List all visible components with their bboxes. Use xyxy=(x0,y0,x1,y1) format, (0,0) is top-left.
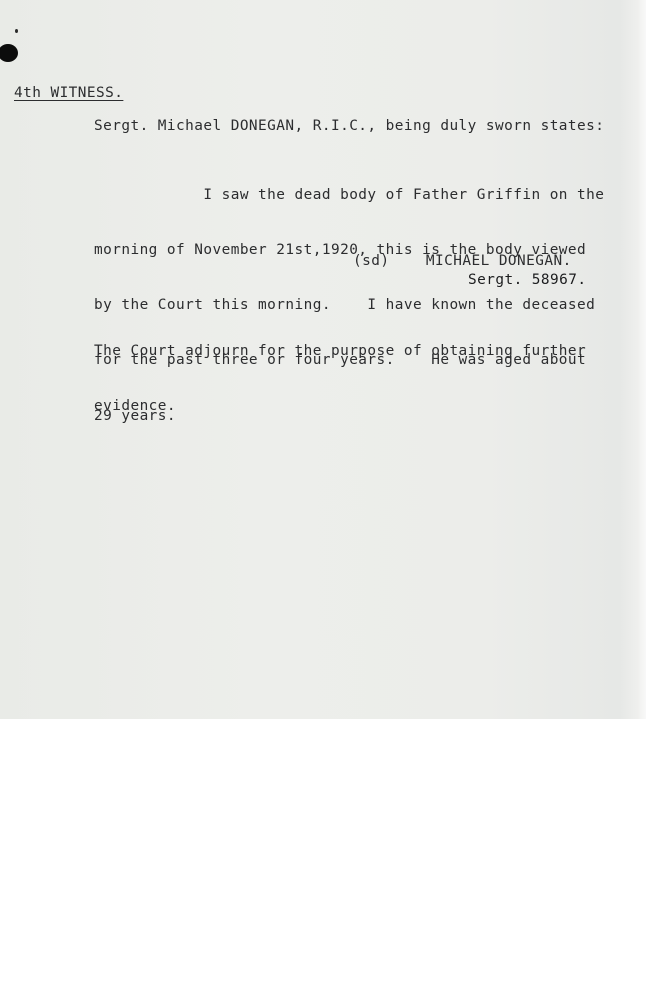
closing-line: evidence. xyxy=(94,397,586,415)
document-page: 4th WITNESS. Sergt. Michael DONEGAN, R.I… xyxy=(0,0,646,719)
witness-heading: 4th WITNESS. xyxy=(14,84,123,102)
closing-line: The Court adjourn for the purpose of obt… xyxy=(94,342,586,360)
ink-speck xyxy=(15,29,18,33)
witness-intro: Sergt. Michael DONEGAN, R.I.C., being du… xyxy=(94,117,604,135)
statement-line: I saw the dead body of Father Griffin on… xyxy=(94,186,604,204)
court-adjournment: The Court adjourn for the purpose of obt… xyxy=(94,305,586,452)
ink-blot xyxy=(0,44,18,62)
signature-rank: Sergt. 58967. xyxy=(468,271,586,289)
signature-name: (sd) MICHAEL DONEGAN. xyxy=(353,252,572,270)
